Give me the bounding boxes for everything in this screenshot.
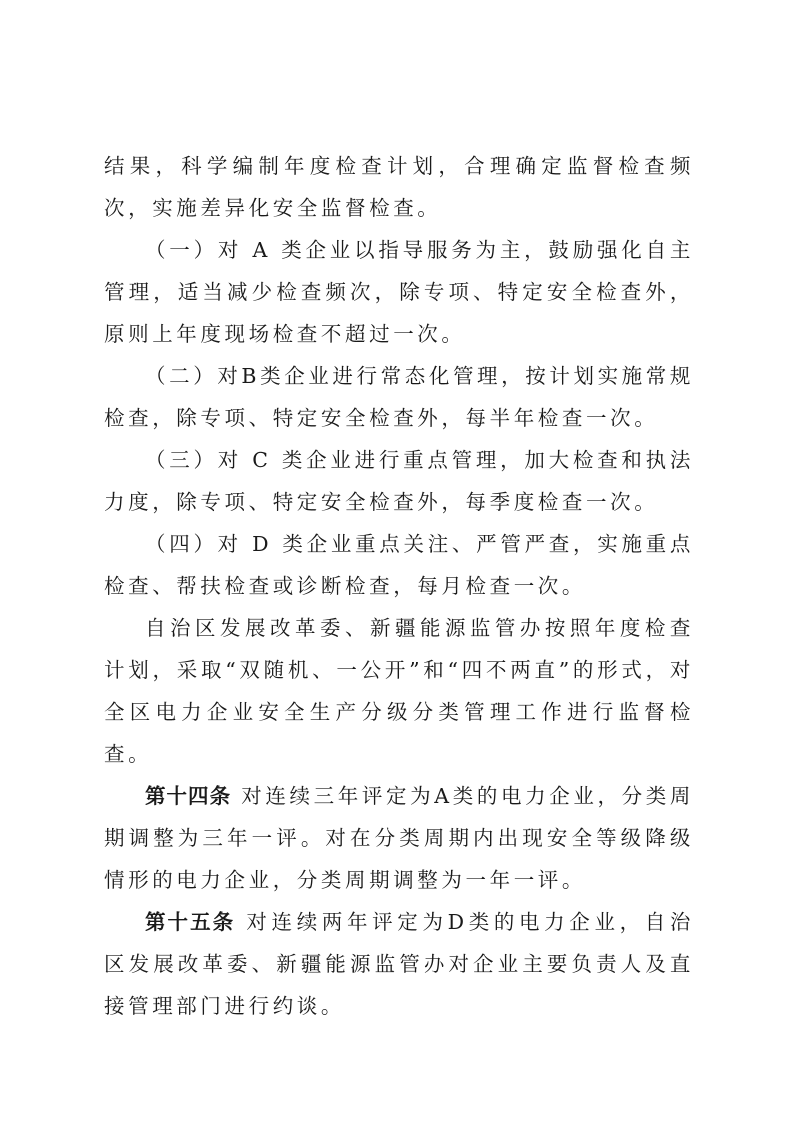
- paragraph-item-d: （四）对 D 类企业重点关注、严管严查，实施重点检查、帮扶检查或诊断检查，每月检…: [104, 523, 694, 607]
- paragraph-supervision: 自治区发展改革委、新疆能源监管办按照年度检查计划，采取“双随机、一公开”和“四不…: [104, 607, 694, 775]
- paragraph-item-b: （二）对B类企业进行常态化管理，按计划实施常规检查，除专项、特定安全检查外，每半…: [104, 355, 694, 439]
- article-heading: 第十四条: [145, 784, 231, 808]
- paragraph-item-a: （一）对 A 类企业以指导服务为主，鼓励强化自主管理，适当减少检查频次，除专项、…: [104, 229, 694, 355]
- paragraph-text: （三）对 C 类企业进行重点管理，加大检查和执法力度，除专项、特定安全检查外，每…: [104, 448, 694, 514]
- article-heading: 第十五条: [145, 910, 235, 934]
- paragraph-text: （一）对 A 类企业以指导服务为主，鼓励强化自主管理，适当减少检查频次，除专项、…: [104, 238, 694, 346]
- article-15: 第十五条 对连续两年评定为D类的电力企业，自治区发展改革委、新疆能源监管办对企业…: [104, 901, 694, 1027]
- document-page: 结果，科学编制年度检查计划，合理确定监督检查频次，实施差异化安全监督检查。 （一…: [104, 145, 694, 1027]
- article-14: 第十四条 对连续三年评定为A类的电力企业，分类周期调整为三年一评。对在分类周期内…: [104, 775, 694, 901]
- paragraph-text: （二）对B类企业进行常态化管理，按计划实施常规检查，除专项、特定安全检查外，每半…: [104, 364, 694, 430]
- paragraph-continuation: 结果，科学编制年度检查计划，合理确定监督检查频次，实施差异化安全监督检查。: [104, 145, 694, 229]
- paragraph-text: （四）对 D 类企业重点关注、严管严查，实施重点检查、帮扶检查或诊断检查，每月检…: [104, 532, 694, 598]
- paragraph-text: 结果，科学编制年度检查计划，合理确定监督检查频次，实施差异化安全监督检查。: [104, 154, 694, 220]
- paragraph-item-c: （三）对 C 类企业进行重点管理，加大检查和执法力度，除专项、特定安全检查外，每…: [104, 439, 694, 523]
- paragraph-text: 自治区发展改革委、新疆能源监管办按照年度检查计划，采取“双随机、一公开”和“四不…: [104, 616, 694, 766]
